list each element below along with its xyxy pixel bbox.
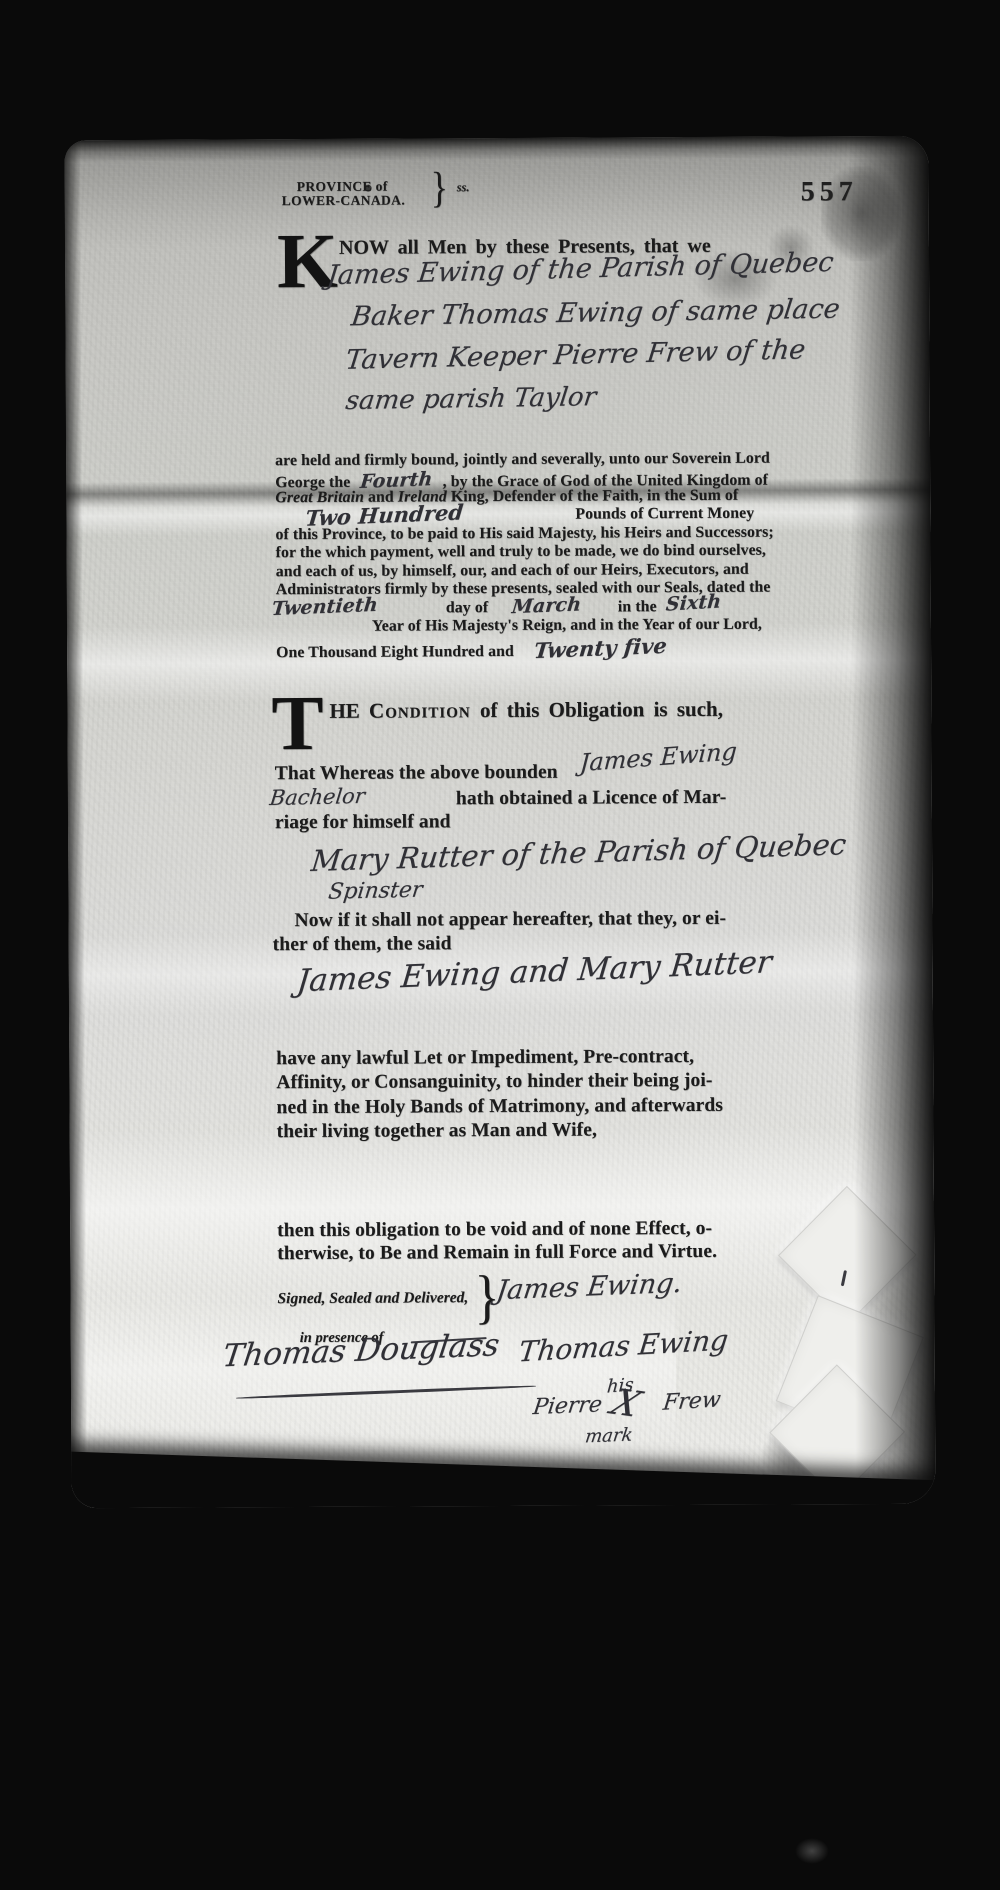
closing-line-2: therwise, to Be and Remain in full Force… bbox=[277, 1241, 717, 1265]
bond-line-11: One Thousand Eight Hundred and Twenty fi… bbox=[276, 635, 667, 662]
bond-line-4-post: Pounds of Current Money bbox=[575, 505, 754, 524]
bond-line-9: Twentieth day of March in the Sixth bbox=[272, 597, 812, 600]
condition-word: Condition bbox=[369, 698, 471, 723]
dropcap-t: T bbox=[271, 691, 323, 755]
mark-pre-name: Pierre bbox=[531, 1392, 603, 1420]
shade-top bbox=[64, 136, 929, 251]
film-speck bbox=[795, 1838, 829, 1864]
attestation-line-1: Signed, Sealed and Delivered, bbox=[277, 1289, 468, 1308]
hw-groom-name: James Ewing bbox=[579, 737, 738, 777]
hw-bride-name: Mary Rutter of the Parish of Quebec bbox=[309, 827, 847, 878]
witness-flourish bbox=[236, 1385, 536, 1400]
now-line-2: ther of them, the said bbox=[273, 933, 452, 956]
province-brace: } bbox=[431, 162, 449, 212]
impediment-line-1: have any lawful Let or Impediment, Pre-c… bbox=[276, 1046, 694, 1070]
bond-line-6: for the which payment, well and truly to… bbox=[276, 542, 766, 563]
folio-number: 557 bbox=[801, 176, 858, 208]
light-band-5 bbox=[70, 1287, 676, 1450]
province-line-2: LOWER-CANADA. bbox=[282, 192, 405, 209]
witness-signature: Thomas Douglass bbox=[220, 1327, 501, 1374]
ss-abbreviation: ss. bbox=[457, 180, 470, 195]
bond-line-9-day-of: day of bbox=[446, 599, 488, 617]
bond-line-11-pre: One Thousand Eight Hundred and bbox=[276, 643, 514, 661]
hw-bride-status: Spinster bbox=[327, 878, 424, 905]
whereas-line-3: riage for himself and bbox=[275, 811, 451, 834]
wafer-seal-1 bbox=[778, 1186, 917, 1325]
hw-groom-status: Bachelor bbox=[268, 784, 366, 810]
edge-fade-left bbox=[64, 140, 87, 1508]
impediment-line-2: Affinity, or Consanguinity, to hinder th… bbox=[276, 1070, 712, 1094]
mark-post-name: Frew bbox=[662, 1387, 723, 1416]
surety-signature: Thomas Ewing bbox=[517, 1323, 730, 1368]
impediment-line-4: their living together as Man and Wife, bbox=[277, 1119, 597, 1143]
hw-bond-day: Twentieth bbox=[271, 594, 379, 620]
groom-signature: James Ewing. bbox=[494, 1268, 684, 1307]
condition-heading: HE Condition of this Obligation is such, bbox=[329, 697, 723, 724]
hw-obligor-line-4: same parish Taylor bbox=[344, 382, 598, 416]
whereas-line-2: hath obtained a Licence of Mar- bbox=[456, 787, 727, 810]
whereas-line-1: That Whereas the above bounden bbox=[275, 762, 558, 785]
bond-line-3-post: King, Defender of the Faith, in the Sum … bbox=[451, 487, 738, 506]
mark-word-label: mark bbox=[584, 1424, 634, 1447]
bond-line-9-in-the: in the bbox=[618, 598, 657, 616]
hw-obligor-line-2: Baker Thomas Ewing of same place bbox=[349, 294, 841, 333]
hw-bond-month: March bbox=[511, 593, 582, 618]
bond-line-10: Year of His Majesty's Reign, and in the … bbox=[372, 616, 762, 636]
closing-line-1: then this obligation to be void and of n… bbox=[277, 1218, 712, 1242]
impediment-line-3: ned in the Holy Bands of Matrimony, and … bbox=[276, 1095, 723, 1119]
now-line-1: Now if it shall not appear hereafter, th… bbox=[294, 908, 726, 932]
condition-he: HE bbox=[329, 699, 359, 723]
microfilm-scan: PROVINCE of LOWER-CANADA. } ss. 557 K NO… bbox=[0, 0, 1000, 1890]
hw-obligor-line-3: Tavern Keeper Pierre Frew of the bbox=[344, 334, 807, 376]
condition-rest: of this Obligation is such, bbox=[480, 697, 723, 722]
edge-fade-top bbox=[64, 136, 928, 163]
marriage-bond-page: PROVINCE of LOWER-CANADA. } ss. 557 K NO… bbox=[64, 136, 935, 1509]
hw-bond-year: Twenty five bbox=[533, 633, 668, 663]
hw-bond-regnal-year: Sixth bbox=[665, 590, 722, 615]
